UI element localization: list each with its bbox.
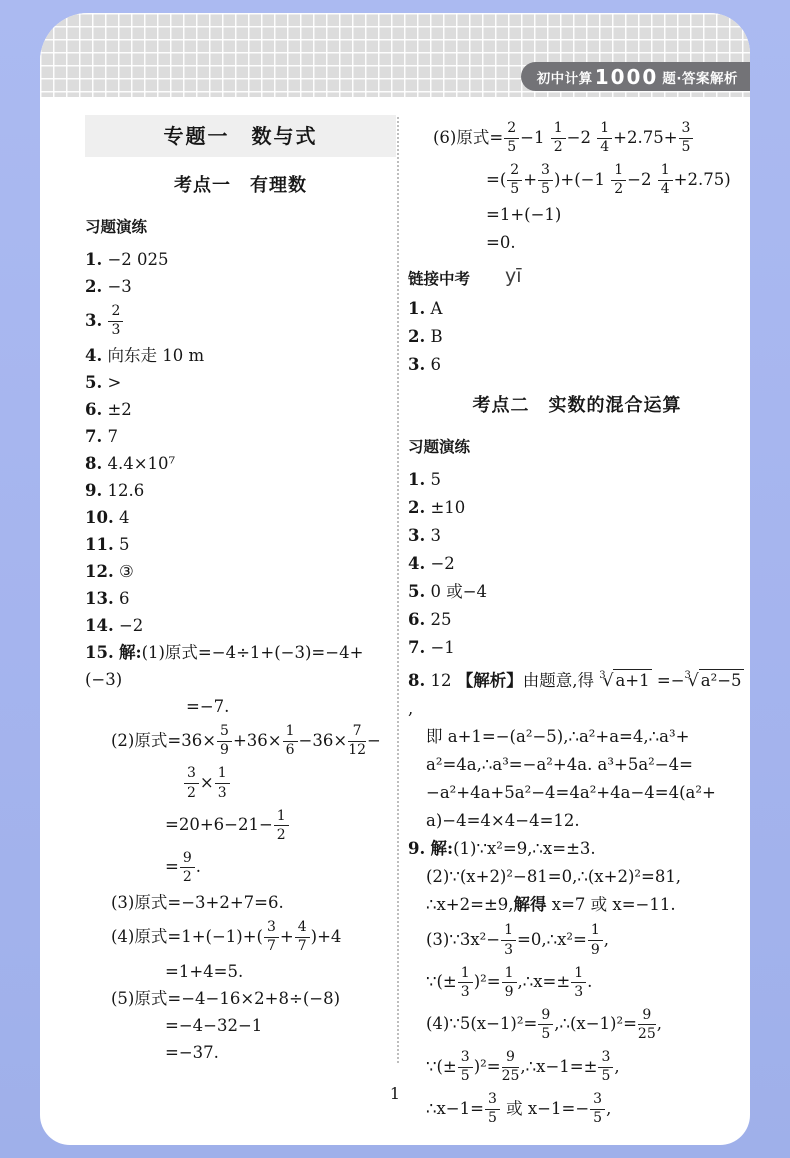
answer-text: a)−4=4×4−4=12. [426,811,580,830]
answer-text: ∵(±35)²=925,∴x−1=±35, [426,1057,620,1076]
answer-text: 10. 4 [85,508,129,527]
answer-line: 1. 5 [408,466,746,494]
answer-text: 5. 0 或−4 [408,582,487,601]
answer-text: 即 a+1=−(a²−5),∴a²+a=4,∴a³+ [426,727,689,746]
answer-line: 4. −2 [408,550,746,578]
answer-text: 2. −3 [85,277,132,296]
answer-line: 10. 4 [85,504,396,531]
practice-label-right: 习题演练 [408,435,746,457]
topic-title: 专题一 数与式 [85,115,396,157]
section-title-2: 考点二 实数的混合运算 [408,391,746,417]
answer-line: 5. 0 或−4 [408,578,746,606]
answer-text: a²=4a,∴a³=−a²+4a. a³+5a²−4= [426,755,693,774]
answer-text: 1. A [408,299,442,318]
answer-text: (4)原式=1+(−1)+(37+47)+4 [111,927,341,946]
answer-line: 9. 解:(1)∵x²=9,∴x=±3. [408,835,746,863]
column-divider [397,117,399,1063]
answer-line: =−37. [85,1039,396,1066]
answer-line: 8. 4.4×10⁷ [85,450,396,477]
answer-line: =0. [408,229,746,257]
right-answer-list: 1. 52. ±103. 34. −25. 0 或−46. 257. −18. … [408,466,746,1130]
answer-line: 9. 12.6 [85,477,396,504]
answer-line: (4)原式=1+(−1)+(37+47)+4 [85,916,396,958]
answer-line: (6)原式=25−1 12−2 14+2.75+35 [408,117,746,159]
answer-line: a²=4a,∴a³=−a²+4a. a³+5a²−4= [408,751,746,779]
stray-pinyin-note: yī [505,265,522,287]
answer-text: 8. 12 【解析】由题意,得 3√a+1 =−3√a²−5, [408,671,744,718]
answer-text: 3. 3 [408,526,441,545]
answer-text: 4. −2 [408,554,455,573]
header-grid-band: 初中计算 1000 题·答案解析 [40,13,750,97]
answer-text: 11. 5 [85,535,129,554]
badge-suffix: 题·答案解析 [662,67,738,87]
answer-line: −a²+4a+5a²−4=4a²+4a−4=4(a²+ [408,779,746,807]
answer-text: 4. 向东走 10 m [85,346,204,365]
answer-line: 2. −3 [85,273,396,300]
page-number: 1 [40,1084,750,1103]
answer-line: 32×13 [85,762,396,804]
answer-text: =(25+35)+(−1 12−2 14+2.75) [486,170,731,189]
answer-line: =1+(−1) [408,201,746,229]
section-title-1: 考点一 有理数 [85,171,396,197]
answer-text: =1+4=5. [165,962,243,981]
answer-text: =−7. [186,697,229,716]
answer-text: ∴x+2=±9,解得 x=7 或 x=−11. [426,895,676,914]
answer-text: 1. 5 [408,470,441,489]
answer-line: =1+4=5. [85,958,396,985]
answer-line: ∵(±35)²=925,∴x−1=±35, [408,1046,746,1088]
answer-line: 1. A [408,295,746,323]
answer-line: 2. B [408,323,746,351]
answer-line: 14. −2 [85,612,396,639]
answer-text: 2. ±10 [408,498,465,517]
answer-text: 8. 4.4×10⁷ [85,454,175,473]
answer-text: 6. 25 [408,610,451,629]
book-title-badge: 初中计算 1000 题·答案解析 [521,62,750,91]
answer-text: 7. 7 [85,427,118,446]
answer-line: 5. > [85,369,396,396]
answer-text: (4)∵5(x−1)²=95,∴(x−1)²=925, [426,1014,662,1033]
answer-line: (5)原式=−4−16×2+8÷(−8) [85,985,396,1012]
answer-text: =−4−32−1 [165,1016,262,1035]
answer-line: 15. 解:(1)原式=−4÷1+(−3)=−4+(−3) [85,639,396,693]
answer-line: 7. 7 [85,423,396,450]
answer-line: 2. ±10 [408,494,746,522]
answer-line: 8. 12 【解析】由题意,得 3√a+1 =−3√a²−5, [408,662,746,723]
answer-line: =92. [85,847,396,889]
answer-line: =−7. [85,693,396,720]
answer-text: 2. B [408,327,443,346]
answer-line: =20+6−21−12 [85,805,396,847]
answer-text: 14. −2 [85,616,143,635]
answer-line: 13. 6 [85,585,396,612]
answer-line: 3. 23 [85,300,396,342]
answer-line: 6. 25 [408,606,746,634]
answer-text: 13. 6 [85,589,129,608]
answer-text: 15. 解:(1)原式=−4÷1+(−3)=−4+(−3) [85,643,363,689]
answer-text: 6. ±2 [85,400,132,419]
answer-text: =20+6−21−12 [165,815,290,834]
answer-line: 6. ±2 [85,396,396,423]
answer-line: (2)原式=36×59+36×16−36×712− [85,720,396,762]
answer-text: =92. [165,857,201,876]
answer-line: 12. ③ [85,558,396,585]
answer-line: =(25+35)+(−1 12−2 14+2.75) [408,159,746,201]
answer-text: =1+(−1) [486,205,561,224]
answer-text: (2)原式=36×59+36×16−36×712− [111,731,381,750]
answer-block-6: (6)原式=25−1 12−2 14+2.75+35=(25+35)+(−1 1… [408,117,746,257]
answer-text: 7. −1 [408,638,455,657]
answer-line: 3. 6 [408,351,746,379]
answer-text: −a²+4a+5a²−4=4a²+4a−4=4(a²+ [426,783,716,802]
answer-text: 3. 6 [408,355,441,374]
answer-text: 9. 12.6 [85,481,144,500]
left-answer-list: 1. −2 0252. −33. 234. 向东走 10 m5. >6. ±27… [85,246,396,1066]
answer-line: (2)∵(x+2)²−81=0,∴(x+2)²=81, [408,863,746,891]
answer-text: =−37. [165,1043,219,1062]
answer-line: (4)∵5(x−1)²=95,∴(x−1)²=925, [408,1004,746,1046]
answer-text: (3)原式=−3+2+7=6. [111,893,284,912]
answer-text: 5. > [85,373,121,392]
book-page: 初中计算 1000 题·答案解析 专题一 数与式 考点一 有理数 习题演练 1.… [40,13,750,1145]
answer-text: (5)原式=−4−16×2+8÷(−8) [111,989,340,1008]
answer-text: (3)∵3x²−13=0,∴x²=19, [426,930,609,949]
answer-line: (3)原式=−3+2+7=6. [85,889,396,916]
badge-prefix: 初中计算 [537,67,593,87]
right-column: (6)原式=25−1 12−2 14+2.75+35=(25+35)+(−1 1… [408,117,746,1131]
answer-text: (6)原式=25−1 12−2 14+2.75+35 [433,128,694,147]
answer-text: 1. −2 025 [85,250,169,269]
link-exam-list: 1. A2. B3. 6 [408,295,746,379]
answer-text: (2)∵(x+2)²−81=0,∴(x+2)²=81, [426,867,681,886]
link-exam-label: 链接中考 [408,267,746,289]
answer-line: (3)∵3x²−13=0,∴x²=19, [408,919,746,961]
left-column: 专题一 数与式 考点一 有理数 习题演练 1. −2 0252. −33. 23… [85,115,396,1066]
answer-line: ∵(±13)²=19,∴x=±13. [408,962,746,1004]
answer-line: 7. −1 [408,634,746,662]
badge-1000: 1000 [595,65,659,89]
answer-line: 3. 3 [408,522,746,550]
answer-text: 32×13 [183,773,231,792]
answer-text: 3. 23 [85,311,124,330]
answer-text: 9. 解:(1)∵x²=9,∴x=±3. [408,839,596,858]
answer-text: 12. ③ [85,562,134,581]
answer-line: 4. 向东走 10 m [85,342,396,369]
answer-text: =0. [486,233,516,252]
answer-line: 11. 5 [85,531,396,558]
answer-line: =−4−32−1 [85,1012,396,1039]
answer-line: ∴x+2=±9,解得 x=7 或 x=−11. [408,891,746,919]
answer-line: a)−4=4×4−4=12. [408,807,746,835]
answer-line: 即 a+1=−(a²−5),∴a²+a=4,∴a³+ [408,723,746,751]
answer-text: ∵(±13)²=19,∴x=±13. [426,972,592,991]
practice-label-left: 习题演练 [85,215,396,237]
answer-line: 1. −2 025 [85,246,396,273]
